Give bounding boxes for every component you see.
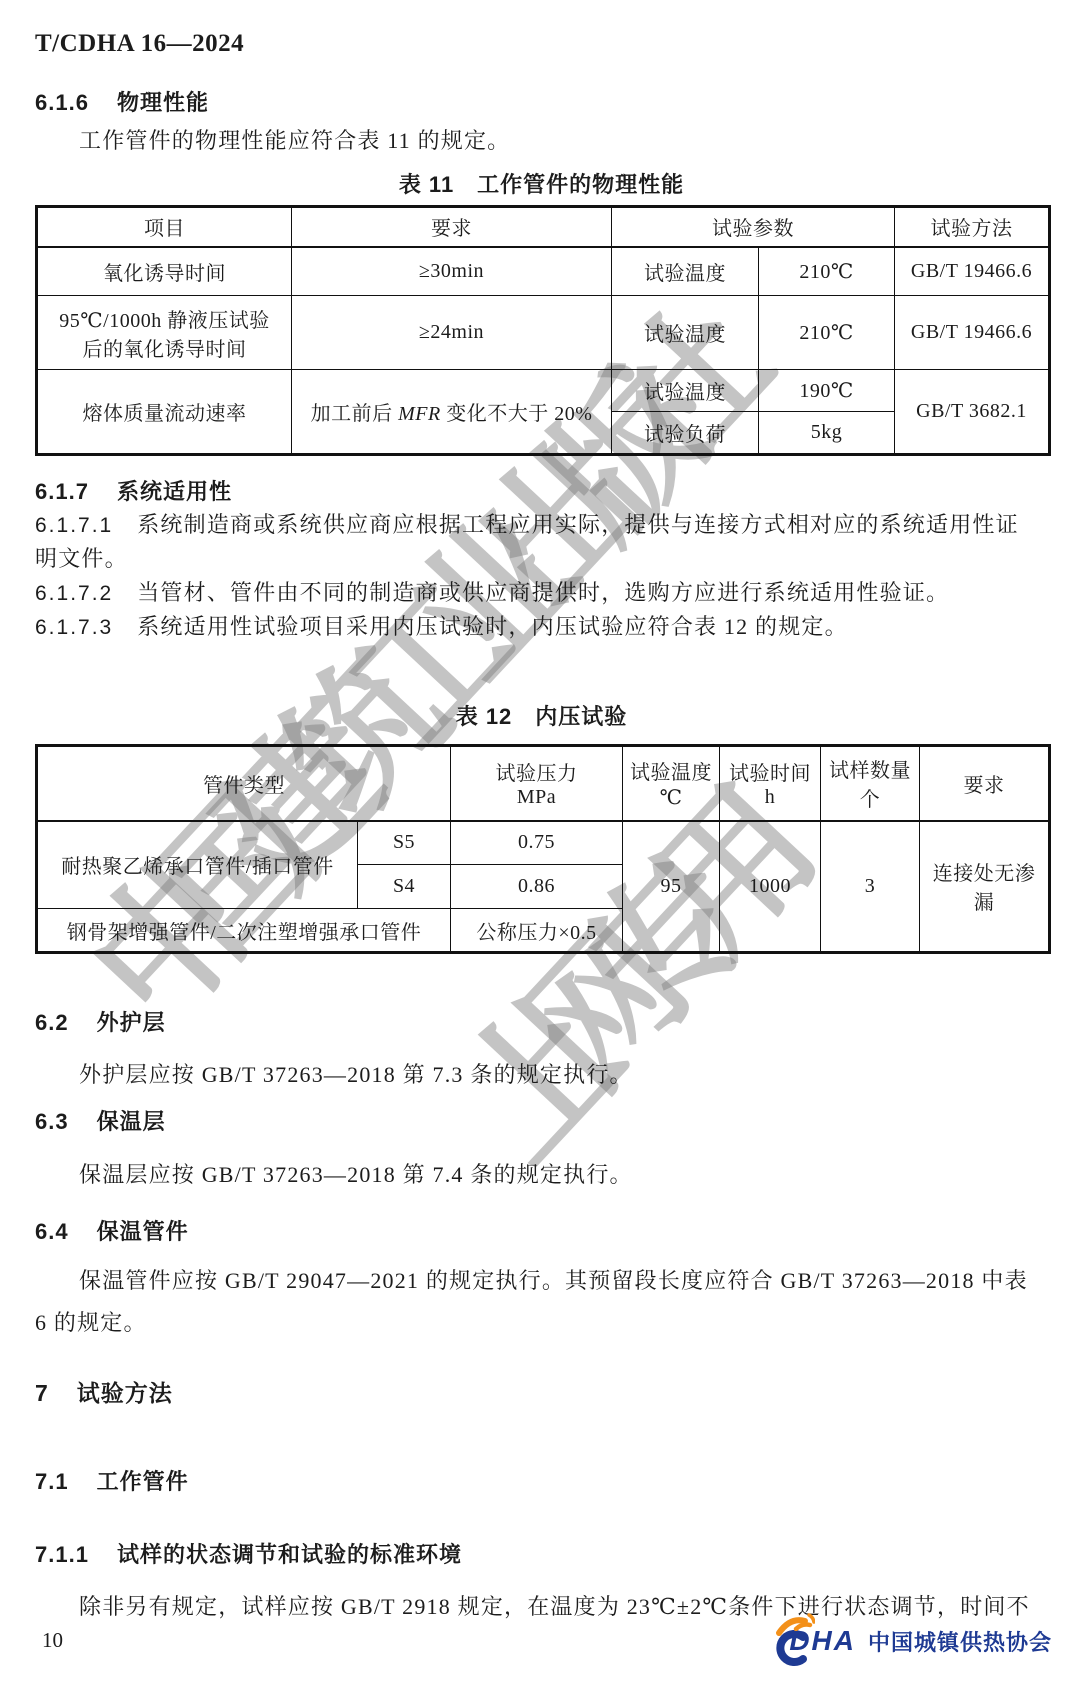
- heading-title: 外护层: [97, 1010, 166, 1035]
- cell-param-value: 5kg: [759, 412, 895, 455]
- cell-series: S4: [358, 865, 451, 909]
- heading-number: 7.1: [35, 1469, 69, 1494]
- standard-code: T/CDHA 16—2024: [35, 30, 1048, 58]
- cell-pressure: 公称压力×0.5: [451, 909, 623, 953]
- col-header-type: 管件类型: [37, 746, 451, 821]
- table-11-caption: 表 11 工作管件的物理性能: [35, 168, 1048, 199]
- paragraph-6-4-cont: 6 的规定。: [35, 1306, 1048, 1339]
- heading-7: 7试验方法: [35, 1375, 1048, 1408]
- col-header-parameter: 试验参数: [612, 207, 895, 247]
- heading-title: 物理性能: [117, 90, 209, 115]
- cell-param-name: 试验温度: [612, 247, 759, 296]
- requirement-mfr: MFR: [398, 403, 441, 425]
- header-line1: 试验压力: [457, 757, 616, 786]
- cell-item: 熔体质量流动速率: [37, 370, 292, 455]
- table-row: 项目 要求 试验参数 试验方法: [37, 207, 1050, 247]
- header-line2: h: [726, 786, 814, 809]
- table-row: 耐热聚乙烯承口管件/插口管件 S5 0.75 95 1000 3 连接处无渗漏: [37, 821, 1050, 865]
- cell-pressure: 0.75: [451, 821, 623, 865]
- cell-item: 95℃/1000h 静液压试验 后的氧化诱导时间: [37, 296, 292, 370]
- cell-requirement: ≥24min: [292, 296, 612, 370]
- col-header-requirement: 要求: [292, 207, 612, 247]
- header-line2: ℃: [629, 785, 713, 810]
- col-header-requirement: 要求: [920, 746, 1050, 821]
- table-12: 管件类型 试验压力 MPa 试验温度 ℃ 试验时间 h 试样数量: [35, 744, 1051, 954]
- col-header-temperature: 试验温度 ℃: [623, 746, 720, 821]
- document-page: 中国建筑工业出版社 上网专用 T/CDHA 16—2024 6.1.6物理性能 …: [0, 0, 1080, 1691]
- table-row: 氧化诱导时间 ≥30min 试验温度 210℃ GB/T 19466.6: [37, 247, 1050, 296]
- heading-6-2: 6.2外护层: [35, 1006, 1048, 1037]
- heading-6-3: 6.3保温层: [35, 1105, 1048, 1136]
- cell-count: 3: [821, 821, 920, 953]
- paragraph-number: 6.1.7.2: [35, 582, 113, 605]
- association-logo: DHA 中国城镇供热协会: [769, 1612, 1052, 1670]
- heading-number: 6.4: [35, 1219, 69, 1244]
- paragraph-text: 系统制造商或系统供应商应根据工程应用实际，提供与连接方式相对应的系统适用性证: [137, 512, 1019, 537]
- cell-param-name: 试验温度: [612, 296, 759, 370]
- header-line2: MPa: [457, 786, 616, 809]
- heading-7-1-1: 7.1.1试样的状态调节和试验的标准环境: [35, 1538, 1048, 1569]
- heading-title: 系统适用性: [117, 479, 232, 504]
- paragraph-6-1-7-1: 6.1.7.1系统制造商或系统供应商应根据工程应用实际，提供与连接方式相对应的系…: [35, 508, 1048, 542]
- heading-number: 7.1.1: [35, 1542, 89, 1567]
- header-line1: 试验时间: [726, 757, 814, 786]
- header-line2: 个: [827, 783, 913, 812]
- heading-title: 试验方法: [77, 1380, 173, 1406]
- paragraph-6-4: 保温管件应按 GB/T 29047—2021 的规定执行。其预留段长度应符合 G…: [35, 1264, 1048, 1297]
- heading-6-1-6: 6.1.6物理性能: [35, 86, 1048, 117]
- heading-number: 6.1.7: [35, 479, 89, 504]
- table-12-caption: 表 12 内压试验: [35, 700, 1048, 731]
- cell-method: GB/T 19466.6: [895, 296, 1050, 370]
- table-11: 项目 要求 试验参数 试验方法 氧化诱导时间 ≥30min 试验温度 210℃ …: [35, 205, 1051, 456]
- header-line1: 试样数量: [827, 754, 913, 783]
- col-header-pressure: 试验压力 MPa: [451, 746, 623, 821]
- col-header-method: 试验方法: [895, 207, 1050, 247]
- heading-7-1: 7.1工作管件: [35, 1465, 1048, 1496]
- col-header-item: 项目: [37, 207, 292, 247]
- table-row: 95℃/1000h 静液压试验 后的氧化诱导时间 ≥24min 试验温度 210…: [37, 296, 1050, 370]
- table-row: 管件类型 试验压力 MPa 试验温度 ℃ 试验时间 h 试样数量: [37, 746, 1050, 821]
- heading-number: 7: [35, 1380, 49, 1406]
- cell-series: S5: [358, 821, 451, 865]
- col-header-time: 试验时间 h: [720, 746, 821, 821]
- cell-fitting-type: 耐热聚乙烯承口管件/插口管件: [37, 821, 358, 909]
- heading-title: 保温管件: [97, 1219, 189, 1244]
- cell-method: GB/T 19466.6: [895, 247, 1050, 296]
- cell-param-value: 210℃: [759, 247, 895, 296]
- cell-param-value: 210℃: [759, 296, 895, 370]
- cell-requirement: 加工前后 MFR 变化不大于 20%: [292, 370, 612, 455]
- cell-requirement: ≥30min: [292, 247, 612, 296]
- heading-title: 保温层: [97, 1109, 166, 1134]
- col-header-count: 试样数量 个: [821, 746, 920, 821]
- cell-item-line2: 后的氧化诱导时间: [44, 333, 285, 362]
- page-number: 10: [42, 1628, 63, 1653]
- cell-method: GB/T 3682.1: [895, 370, 1050, 455]
- heading-number: 6.1.6: [35, 90, 89, 115]
- table-row: 熔体质量流动速率 加工前后 MFR 变化不大于 20% 试验温度 190℃ GB…: [37, 370, 1050, 412]
- heading-6-1-7: 6.1.7系统适用性: [35, 475, 1048, 506]
- heading-title: 工作管件: [97, 1469, 189, 1494]
- cell-pressure: 0.86: [451, 865, 623, 909]
- cell-param-name: 试验温度: [612, 370, 759, 412]
- paragraph-6-1-6: 工作管件的物理性能应符合表 11 的规定。: [35, 124, 1048, 157]
- cell-param-name: 试验负荷: [612, 412, 759, 455]
- cell-temperature: 95: [623, 821, 720, 953]
- paragraph-6-3: 保温层应按 GB/T 37263—2018 第 7.4 条的规定执行。: [35, 1158, 1048, 1191]
- heading-number: 6.3: [35, 1109, 69, 1134]
- requirement-suffix: 变化不大于 20%: [441, 403, 593, 425]
- cell-fitting-type: 钢骨架增强管件/二次注塑增强承口管件: [37, 909, 451, 953]
- cell-requirement: 连接处无渗漏: [920, 821, 1050, 953]
- header-line1: 试验温度: [629, 756, 713, 785]
- cell-item-line1: 95℃/1000h 静液压试验: [44, 304, 285, 333]
- heading-number: 6.2: [35, 1010, 69, 1035]
- heading-title: 试样的状态调节和试验的标准环境: [117, 1542, 462, 1567]
- paragraph-6-1-7-2: 6.1.7.2当管材、管件由不同的制造商或供应商提供时，选购方应进行系统适用性验…: [35, 576, 1048, 610]
- paragraph-number: 6.1.7.1: [35, 514, 113, 537]
- paragraph-6-1-7-1-cont: 明文件。: [35, 542, 1048, 575]
- cell-item: 氧化诱导时间: [37, 247, 292, 296]
- logo-dha-text: DHA: [789, 1625, 856, 1657]
- paragraph-text: 当管材、管件由不同的制造商或供应商提供时，选购方应进行系统适用性验证。: [137, 580, 949, 605]
- paragraph-6-1-7-3: 6.1.7.3系统适用性试验项目采用内压试验时，内压试验应符合表 12 的规定。: [35, 610, 1048, 644]
- cell-param-value: 190℃: [759, 370, 895, 412]
- logo-org-name: 中国城镇供热协会: [868, 1626, 1052, 1657]
- requirement-prefix: 加工前后: [311, 403, 399, 425]
- heading-6-4: 6.4保温管件: [35, 1215, 1048, 1246]
- cell-time: 1000: [720, 821, 821, 953]
- paragraph-text: 系统适用性试验项目采用内压试验时，内压试验应符合表 12 的规定。: [137, 614, 848, 639]
- paragraph-6-2: 外护层应按 GB/T 37263—2018 第 7.3 条的规定执行。: [35, 1058, 1048, 1091]
- paragraph-number: 6.1.7.3: [35, 616, 113, 639]
